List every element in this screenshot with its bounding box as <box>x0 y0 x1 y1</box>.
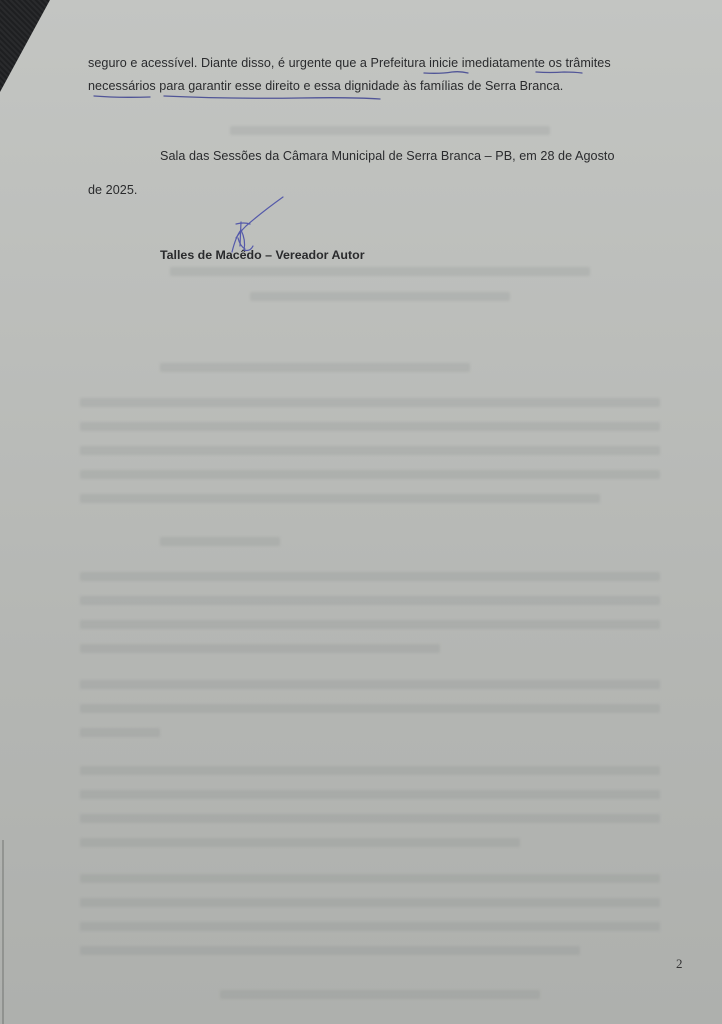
paragraph-line-1: seguro e acessível. Diante disso, é urge… <box>88 55 611 71</box>
page-number: 2 <box>676 956 683 972</box>
document-page: seguro e acessível. Diante disso, é urge… <box>0 0 722 1024</box>
page-edge-shadow <box>2 840 4 1024</box>
paragraph-line-2: necessários para garantir esse direito e… <box>88 78 563 94</box>
handwritten-signature <box>232 197 283 252</box>
author-signature-line: Talles de Macêdo – Vereador Autor <box>160 247 365 263</box>
background-fabric-corner <box>0 0 60 110</box>
closing-year: de 2025. <box>88 182 137 198</box>
closing-location-date: Sala das Sessões da Câmara Municipal de … <box>160 148 615 164</box>
